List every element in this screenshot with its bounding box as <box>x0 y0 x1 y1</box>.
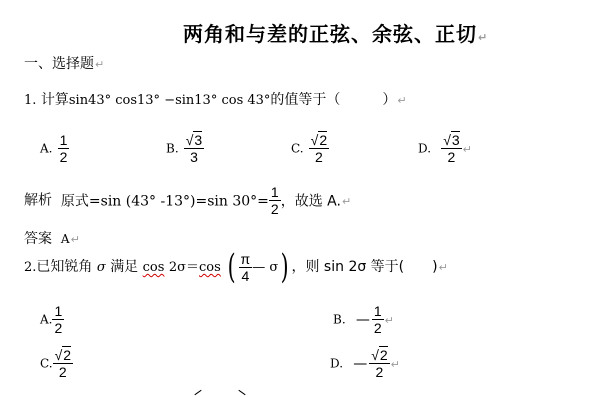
option-label: C. <box>291 142 304 156</box>
question-stem-mid: 满足 <box>110 259 138 275</box>
paragraph-mark-icon: ↵ <box>71 233 80 246</box>
cropped-paren-left <box>194 390 201 395</box>
answer-label: 答案 <box>24 231 52 247</box>
fraction: 12 <box>58 132 70 165</box>
minus-sign: — <box>356 312 370 328</box>
question-1-stem: 1. 计算sin43° cos13° −sin13° cos 43°的值等于（ … <box>24 89 407 109</box>
paragraph-mark-icon: ↵ <box>397 94 406 107</box>
q1-analysis: 解析 原式=sin (43° -13°)=sin 30°=12，故选 A.↵ <box>24 184 351 217</box>
document-title: 两角和与差的正弦、余弦、正切↵ <box>183 18 488 47</box>
question-stem-prefix: 计算 <box>41 92 69 108</box>
paragraph-mark-icon: ↵ <box>478 31 488 44</box>
paragraph-mark-icon: ↵ <box>463 143 472 156</box>
option-label: D. <box>330 357 343 371</box>
expression: 2σ＝ <box>169 260 199 275</box>
section-heading-text: 一、选择题 <box>24 56 94 72</box>
denominator: 4 <box>239 268 251 284</box>
fraction: √33 <box>184 132 204 165</box>
denominator: 2 <box>269 201 281 217</box>
question-number: 1. <box>24 93 36 108</box>
q1-option-b[interactable]: B. √33 <box>166 132 204 165</box>
option-label: B. <box>333 313 346 327</box>
analysis-text: 原式=sin (43° -13°)=sin 30°= <box>61 194 269 210</box>
right-paren-icon: ) <box>281 250 289 284</box>
sqrt-icon: √3 <box>186 132 202 148</box>
spellcheck-word: cos <box>199 260 221 275</box>
numerator: 2 <box>379 346 388 363</box>
question-2-stem: 2.已知锐角 σ 满足 cos 2σ＝cos (π4— σ)，则 sin 2σ … <box>24 247 448 288</box>
numerator: 3 <box>193 131 202 148</box>
numerator: 1 <box>372 303 384 320</box>
numerator: 2 <box>62 346 71 363</box>
question-number: 2. <box>24 260 36 275</box>
expression: — σ <box>252 260 278 275</box>
numerator: 2 <box>318 131 327 148</box>
denominator: 2 <box>52 320 64 336</box>
fraction: √22 <box>369 347 389 380</box>
sqrt-icon: √3 <box>443 132 459 148</box>
fraction: 12 <box>372 303 384 336</box>
fraction: √22 <box>309 132 329 165</box>
fraction: 12 <box>269 184 281 217</box>
q1-answer: 答案 A↵ <box>24 228 80 248</box>
paragraph-mark-icon: ↵ <box>342 195 351 208</box>
spellcheck-word: cos <box>143 260 165 275</box>
denominator: 2 <box>446 149 458 165</box>
numerator: 1 <box>269 184 281 201</box>
option-label: A. <box>40 142 52 156</box>
sqrt-icon: √2 <box>55 347 71 363</box>
q2-option-d[interactable]: D. —√22↵ <box>330 347 400 380</box>
denominator: 2 <box>313 149 325 165</box>
denominator: 3 <box>188 149 200 165</box>
option-label: C. <box>40 357 53 371</box>
cropped-paren-right <box>238 390 245 395</box>
numerator: 1 <box>58 132 70 149</box>
denominator: 2 <box>372 320 384 336</box>
fraction: √32 <box>441 132 461 165</box>
denominator: 2 <box>57 364 69 380</box>
q1-option-d[interactable]: D. √32↵ <box>418 132 472 165</box>
question-stem-suffix: 的值等于（ ） <box>270 92 396 108</box>
sqrt-icon: √2 <box>311 132 327 148</box>
q2-option-c[interactable]: C.√22 <box>40 347 73 380</box>
title-text: 两角和与差的正弦、余弦、正切 <box>183 22 477 46</box>
analysis-tail: ，故选 A. <box>281 194 341 210</box>
q2-option-a[interactable]: A.12 <box>40 303 64 336</box>
numerator: 1 <box>52 303 64 320</box>
denominator: 2 <box>374 364 386 380</box>
paragraph-mark-icon: ↵ <box>95 58 104 71</box>
minus-sign: — <box>353 356 367 372</box>
fraction: π4 <box>239 251 253 284</box>
question-expression: sin43° cos13° −sin13° cos 43° <box>69 93 271 108</box>
question-stem-suffix: ，则 sin 2σ 等于( ) <box>291 259 437 275</box>
fraction: 12 <box>52 303 64 336</box>
option-label: A. <box>40 313 52 327</box>
numerator: π <box>239 251 253 268</box>
variable-sigma: σ <box>97 260 106 275</box>
section-heading: 一、选择题↵ <box>24 53 104 73</box>
q2-option-b[interactable]: B. —12↵ <box>333 303 394 336</box>
analysis-label: 解析 <box>24 193 52 209</box>
paragraph-mark-icon: ↵ <box>391 358 400 371</box>
option-label: B. <box>166 142 179 156</box>
sqrt-icon: √2 <box>371 347 387 363</box>
question-stem-prefix: 已知锐角 <box>36 259 92 275</box>
paragraph-mark-icon: ↵ <box>439 261 448 274</box>
left-paren-icon: ( <box>228 250 236 284</box>
denominator: 2 <box>58 149 70 165</box>
option-label: D. <box>418 142 431 156</box>
fraction: √22 <box>53 347 73 380</box>
answer-value: A <box>61 232 70 246</box>
numerator: 3 <box>451 131 460 148</box>
q1-option-a[interactable]: A. 12 <box>40 132 69 165</box>
paragraph-mark-icon: ↵ <box>385 314 394 327</box>
q1-option-c[interactable]: C. √22 <box>291 132 329 165</box>
